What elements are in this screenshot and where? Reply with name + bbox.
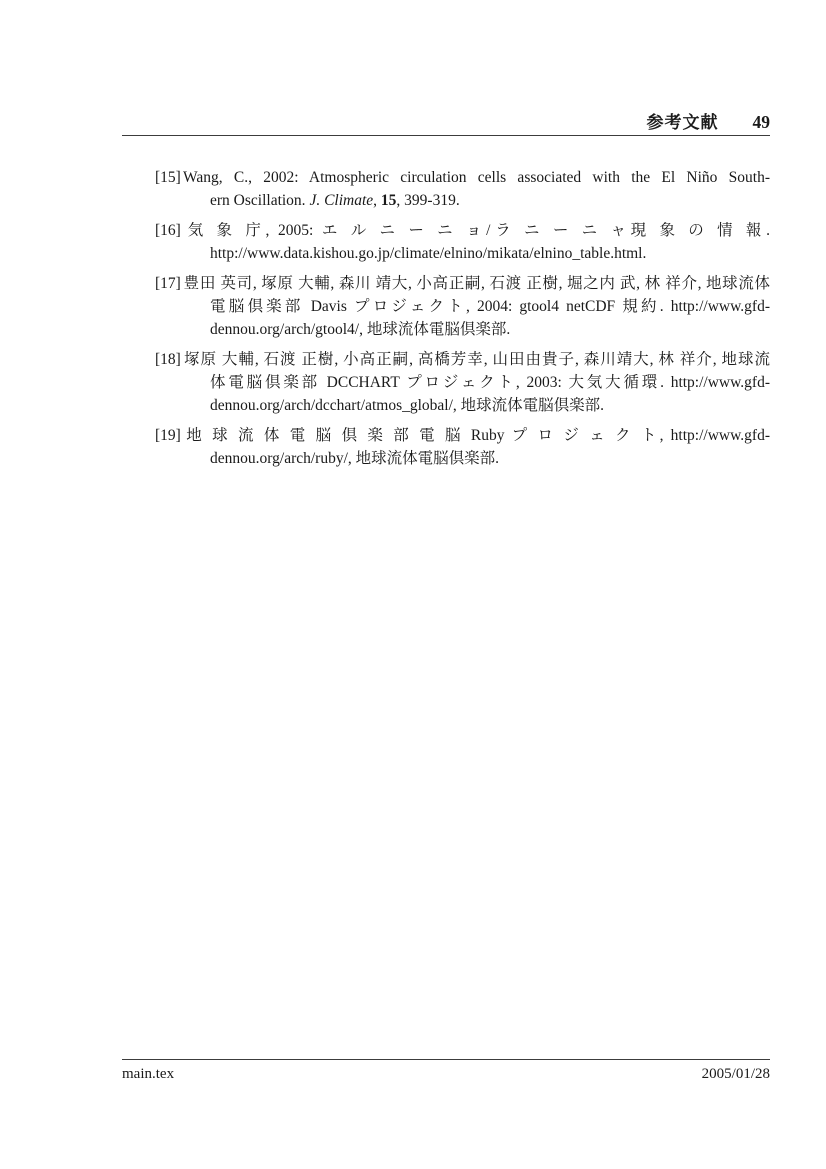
reference-label: [17] (155, 272, 183, 295)
reference-text: 体電脳倶楽部 DCCHART プロジェクト, 2003: 大気大循環. http… (210, 374, 770, 391)
reference-text: 電脳倶楽部 Davis プロジェクト, 2004: gtool4 netCDF … (210, 298, 770, 315)
reference-line: dennou.org/arch/gtool4/, 地球流体電脳倶楽部. (210, 318, 770, 341)
reference-line: [16]気 象 庁, 2005: エ ル ニ ー ニ ョ/ラ ニ ー ニ ャ現 … (155, 219, 770, 242)
header-page-number: 49 (753, 112, 771, 132)
reference-text: ern Oscillation. (210, 192, 309, 209)
footer-rule (122, 1059, 770, 1060)
reference-line: dennou.org/arch/dcchart/atmos_global/, 地… (210, 394, 770, 417)
reference-entry: [19]地 球 流 体 電 脳 倶 楽 部 電 脳 Ruby プ ロ ジ ェ ク… (210, 424, 770, 470)
reference-text: 地 球 流 体 電 脳 倶 楽 部 電 脳 Ruby プ ロ ジ ェ ク ト, … (183, 427, 770, 444)
running-header: 参考文献49 (122, 108, 770, 133)
reference-text: 塚原 大輔, 石渡 正樹, 小高正嗣, 高橋芳幸, 山田由貴子, 森川靖大, 林… (183, 351, 770, 368)
reference-text: J. Climate (309, 192, 373, 209)
reference-entry: [15]Wang, C., 2002: Atmospheric circulat… (210, 166, 770, 212)
reference-label: [19] (155, 424, 183, 447)
footer-date: 2005/01/28 (702, 1064, 770, 1084)
reference-label: [18] (155, 348, 183, 371)
reference-line: [17]豊田 英司, 塚原 大輔, 森川 靖大, 小高正嗣, 石渡 正樹, 堀之… (155, 272, 770, 295)
reference-entry: [17]豊田 英司, 塚原 大輔, 森川 靖大, 小高正嗣, 石渡 正樹, 堀之… (210, 272, 770, 341)
reference-text: 気 象 庁, 2005: エ ル ニ ー ニ ョ/ラ ニ ー ニ ャ現 象 の … (183, 222, 770, 239)
footer-filename: main.tex (122, 1064, 174, 1084)
reference-text: dennou.org/arch/dcchart/atmos_global/, 地… (210, 397, 604, 414)
reference-line: 体電脳倶楽部 DCCHART プロジェクト, 2003: 大気大循環. http… (210, 371, 770, 394)
reference-entry: [18]塚原 大輔, 石渡 正樹, 小高正嗣, 高橋芳幸, 山田由貴子, 森川靖… (210, 348, 770, 417)
reference-list: [15]Wang, C., 2002: Atmospheric circulat… (210, 166, 770, 477)
reference-line: 電脳倶楽部 Davis プロジェクト, 2004: gtool4 netCDF … (210, 295, 770, 318)
reference-text: Wang, C., 2002: Atmospheric circulation … (183, 169, 770, 186)
reference-line: [15]Wang, C., 2002: Atmospheric circulat… (155, 166, 770, 189)
reference-text: 15 (381, 192, 397, 209)
reference-line: dennou.org/arch/ruby/, 地球流体電脳倶楽部. (210, 447, 770, 470)
reference-line: [19]地 球 流 体 電 脳 倶 楽 部 電 脳 Ruby プ ロ ジ ェ ク… (155, 424, 770, 447)
document-page: 参考文献49 [15]Wang, C., 2002: Atmospheric c… (0, 0, 826, 1169)
reference-text: , (373, 192, 381, 209)
reference-text: dennou.org/arch/ruby/, 地球流体電脳倶楽部. (210, 450, 499, 467)
header-rule (122, 135, 770, 136)
reference-label: [16] (155, 219, 183, 242)
reference-text: , 399-319. (396, 192, 459, 209)
reference-text: 豊田 英司, 塚原 大輔, 森川 靖大, 小高正嗣, 石渡 正樹, 堀之内 武,… (183, 275, 770, 292)
reference-entry: [16]気 象 庁, 2005: エ ル ニ ー ニ ョ/ラ ニ ー ニ ャ現 … (210, 219, 770, 265)
reference-line: http://www.data.kishou.go.jp/climate/eln… (210, 242, 770, 265)
reference-text: dennou.org/arch/gtool4/, 地球流体電脳倶楽部. (210, 321, 510, 338)
running-footer: main.tex 2005/01/28 (122, 1064, 770, 1084)
header-section-title: 参考文献 (647, 113, 719, 132)
reference-line: [18]塚原 大輔, 石渡 正樹, 小高正嗣, 高橋芳幸, 山田由貴子, 森川靖… (155, 348, 770, 371)
reference-text: http://www.data.kishou.go.jp/climate/eln… (210, 245, 646, 262)
reference-label: [15] (155, 166, 183, 189)
reference-line: ern Oscillation. J. Climate, 15, 399-319… (210, 189, 770, 212)
